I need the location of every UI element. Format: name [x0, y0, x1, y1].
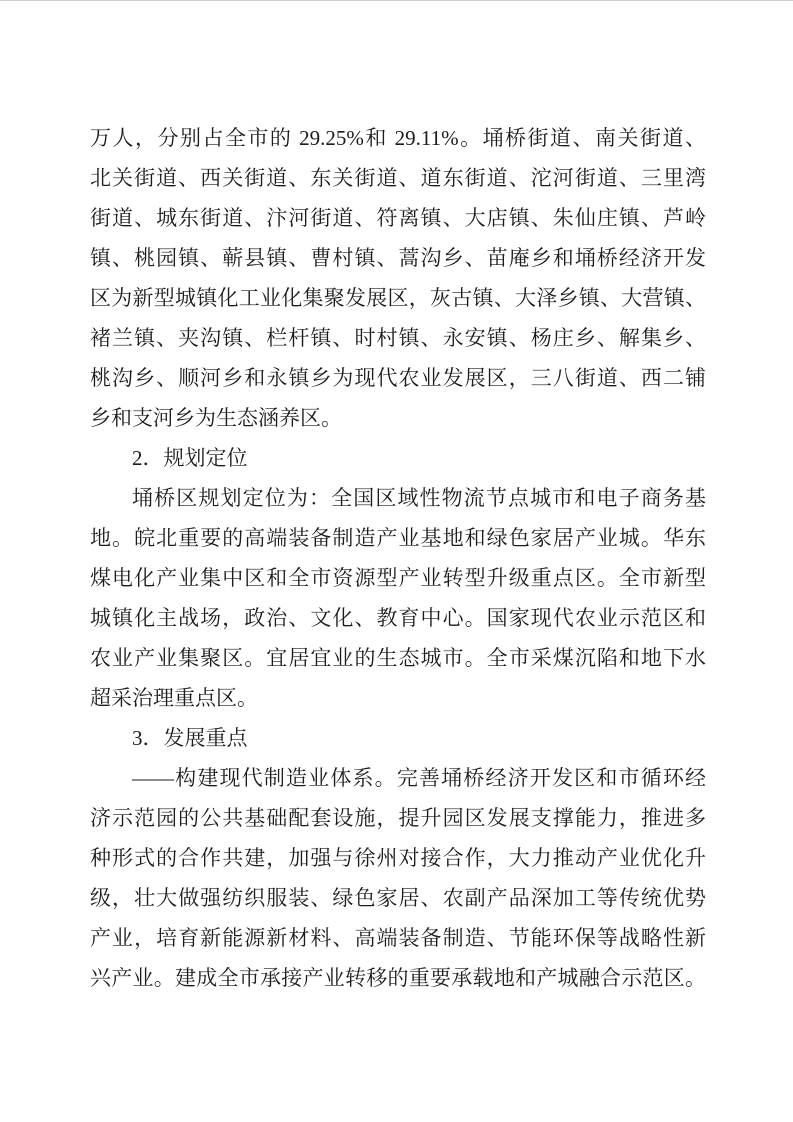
paragraph-planning-positioning: 埇桥区规划定位为：全国区域性物流节点城市和电子商务基 地。皖北重要的高端装备制造… [90, 478, 706, 718]
text-line: 城镇化主战场，政治、文化、教育中心。国家现代农业示范区和 [90, 598, 706, 638]
text-line: 兴产业。建成全市承接产业转移的重要承载地和产城融合示范区。 [90, 958, 706, 998]
text-line: 农业产业集聚区。宜居宜业的生态城市。全市采煤沉陷和地下水 [90, 638, 706, 678]
text-line: 超采治理重点区。 [90, 678, 706, 718]
text-line: 乡和支河乡为生态涵养区。 [90, 398, 706, 438]
text-line: 区为新型城镇化工业化集聚发展区，灰古镇、大泽乡镇、大营镇、 [90, 278, 706, 318]
text-line: 济示范园的公共基础配套设施，提升园区发展支撑能力，推进多 [90, 798, 706, 838]
text-line: 褚兰镇、夹沟镇、栏杆镇、时村镇、永安镇、杨庄乡、解集乡、 [90, 318, 706, 358]
text-line: 级，壮大做强纺织服装、绿色家居、农副产品深加工等传统优势 [90, 878, 706, 918]
paragraph-modern-manufacturing: ——构建现代制造业体系。完善埇桥经济开发区和市循环经 济示范园的公共基础配套设施… [90, 758, 706, 998]
text-line: 地。皖北重要的高端装备制造产业基地和绿色家居产业城。华东 [90, 518, 706, 558]
text-block: 万人，分别占全市的 29.25%和 29.11%。埇桥街道、南关街道、 北关街道… [90, 118, 706, 998]
text-line: 街道、城东街道、汴河街道、符离镇、大店镇、朱仙庄镇、芦岭 [90, 198, 706, 238]
text-line: 埇桥区规划定位为：全国区域性物流节点城市和电子商务基 [90, 478, 706, 518]
text-line: 北关街道、西关街道、东关街道、道东街道、沱河街道、三里湾 [90, 158, 706, 198]
text-line: 镇、桃园镇、蕲县镇、曹村镇、蒿沟乡、苗庵乡和埇桥经济开发 [90, 238, 706, 278]
document-page: 万人，分别占全市的 29.25%和 29.11%。埇桥街道、南关街道、 北关街道… [0, 0, 793, 1122]
numbered-heading-line: 2．规划定位 [90, 438, 706, 478]
text-line: 万人，分别占全市的 29.25%和 29.11%。埇桥街道、南关街道、 [90, 118, 706, 158]
text-line: 种形式的合作共建，加强与徐州对接合作，大力推动产业优化升 [90, 838, 706, 878]
text-line: 桃沟乡、顺河乡和永镇乡为现代农业发展区，三八街道、西二铺 [90, 358, 706, 398]
text-line: 产业，培育新能源新材料、高端装备制造、节能环保等战略性新 [90, 918, 706, 958]
text-line: ——构建现代制造业体系。完善埇桥经济开发区和市循环经 [90, 758, 706, 798]
heading-planning-positioning: 2．规划定位 [90, 438, 706, 478]
numbered-heading-line: 3．发展重点 [90, 718, 706, 758]
text-line: 煤电化产业集中区和全市资源型产业转型升级重点区。全市新型 [90, 558, 706, 598]
paragraph-urbanization-zones: 万人，分别占全市的 29.25%和 29.11%。埇桥街道、南关街道、 北关街道… [90, 118, 706, 438]
heading-development-priorities: 3．发展重点 [90, 718, 706, 758]
